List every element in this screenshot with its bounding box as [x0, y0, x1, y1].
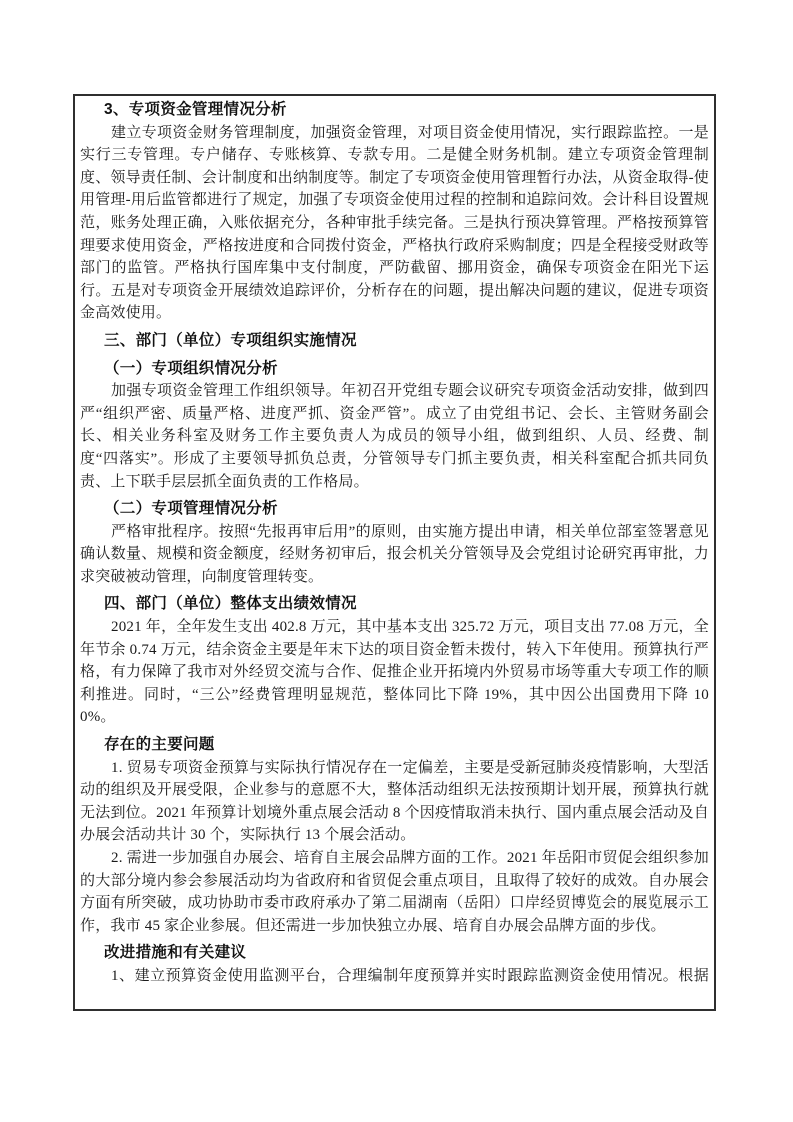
heading-improvement-suggestions: 改进措施和有关建议 [80, 942, 709, 965]
heading-org-situation-analysis: （一）专项组织情况分析 [80, 358, 709, 381]
heading-main-problems: 存在的主要问题 [80, 734, 709, 757]
report-table-cell: 3、专项资金管理情况分析 建立专项资金财务管理制度，加强资金管理，对项目资金使用… [73, 94, 716, 1011]
document-page: 3、专项资金管理情况分析 建立专项资金财务管理制度，加强资金管理，对项目资金使用… [0, 0, 793, 1122]
paragraph-improvement-1: 1、建立预算资金使用监测平台，合理编制年度预算并实时跟踪监测资金使用情况。根据 [80, 965, 709, 988]
paragraph-fund-management: 建立专项资金财务管理制度，加强资金管理，对项目资金使用情况，实行跟踪监控。一是实… [80, 122, 709, 325]
paragraph-problem-1: 1. 贸易专项资金预算与实际执行情况存在一定偏差，主要是受新冠肺炎疫情影响，大型… [80, 757, 709, 847]
paragraph-mgmt-situation: 严格审批程序。按照“先报再审后用”的原则，由实施方提出申请，相关单位部室签署意见… [80, 521, 709, 589]
heading-mgmt-situation-analysis: （二）专项管理情况分析 [80, 498, 709, 521]
heading-fund-management-analysis: 3、专项资金管理情况分析 [80, 99, 709, 122]
paragraph-overall-expense: 2021 年，全年发生支出 402.8 万元，其中基本支出 325.72 万元，… [80, 616, 709, 729]
heading-section4-overall-expense: 四、部门（单位）整体支出绩效情况 [80, 593, 709, 616]
paragraph-org-situation: 加强专项资金管理工作组织领导。年初召开党组专题会议研究专项资金活动安排，做到四严… [80, 380, 709, 493]
paragraph-problem-2: 2. 需进一步加强自办展会、培育自主展会品牌方面的工作。2021 年岳阳市贸促会… [80, 847, 709, 937]
heading-section3-org-implementation: 三、部门（单位）专项组织实施情况 [80, 330, 709, 353]
